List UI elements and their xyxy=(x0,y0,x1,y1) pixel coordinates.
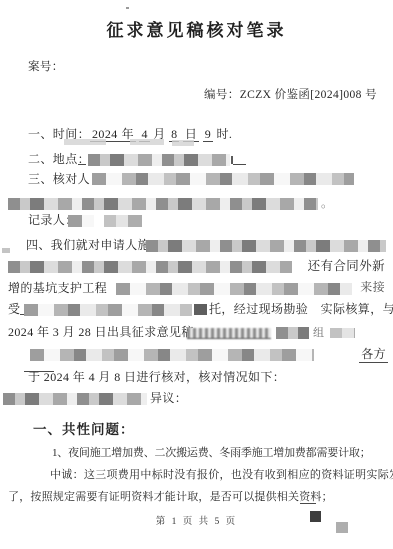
scan-artifact xyxy=(172,140,194,146)
redaction-block xyxy=(330,328,355,338)
scan-artifact xyxy=(130,139,164,145)
page-footer: 第 1 页 共 5 页 xyxy=(0,513,393,527)
redaction-block xyxy=(116,283,352,295)
redaction-block xyxy=(8,198,318,210)
redaction-block xyxy=(276,327,309,339)
section4-line4-tail: 托，经过现场勘验 实际核算，与 xyxy=(209,302,393,317)
redaction-block xyxy=(146,240,386,252)
redaction-block xyxy=(24,304,192,316)
redaction-block xyxy=(310,511,321,522)
redaction-block xyxy=(92,173,354,185)
time-hour-unit: 时. xyxy=(217,127,233,141)
section4-line2-tail: 还有合同外新 xyxy=(308,259,385,274)
scan-artifact xyxy=(24,371,54,372)
document-number: 编号：ZCZX 价鉴函[2024]008 号 xyxy=(204,88,377,103)
section4-line5-head: 2024 年 3 月 28 日出具征求意见稿 xyxy=(8,325,194,340)
redaction-block xyxy=(187,328,271,339)
blank-underline xyxy=(233,164,246,165)
case-number-label: 案号： xyxy=(28,60,64,75)
scan-artifact xyxy=(300,503,316,504)
document-page: 征求意见稿核对笔录 案号： 编号：ZCZX 价鉴函[2024]008 号 一、时… xyxy=(0,0,393,549)
redaction-block xyxy=(30,349,314,361)
section4-line5-fragment: 组 xyxy=(313,326,324,341)
issues-item3: 了，按照规定需要有证明资料才能计取，是否可以提供相关资料； xyxy=(8,490,333,505)
redaction-block xyxy=(194,304,207,315)
issues-item2: 中诚：这三项费用中标时没有报价，也没有收到相应的资料证明实际发生 xyxy=(50,468,393,483)
section4-line8-tail: 异议： xyxy=(150,391,187,406)
section4-line3-head: 增的基坑支护工程 xyxy=(8,281,107,296)
redaction-block xyxy=(88,154,230,166)
redaction-block xyxy=(336,522,348,533)
checkers-period: 。 xyxy=(321,196,333,211)
redaction-block xyxy=(8,261,292,273)
section4-line7: 于 2024 年 4 月 8 日进行核对，核对情况如下： xyxy=(28,370,285,385)
redaction-block xyxy=(104,215,142,227)
scan-artifact xyxy=(2,248,10,253)
section4-line6-tail: 各方 xyxy=(359,347,388,363)
redaction-block xyxy=(3,393,147,405)
issues-item1: 1、夜间施工增加费、二次搬运费、冬雨季施工增加费都需要计取； xyxy=(52,446,371,461)
page-title: 征求意见稿核对笔录 xyxy=(0,16,393,41)
section4-line3-tail: 来接 xyxy=(360,280,385,295)
scan-artifact xyxy=(126,7,129,9)
redaction-block xyxy=(68,215,94,227)
blank-underline xyxy=(78,164,86,165)
scan-artifact xyxy=(231,156,233,164)
section4-line4-head: 受 xyxy=(8,302,20,317)
issues-heading: 一、共性问题： xyxy=(33,422,135,437)
time-hour: 9 xyxy=(203,127,213,142)
scan-artifact xyxy=(64,139,106,145)
